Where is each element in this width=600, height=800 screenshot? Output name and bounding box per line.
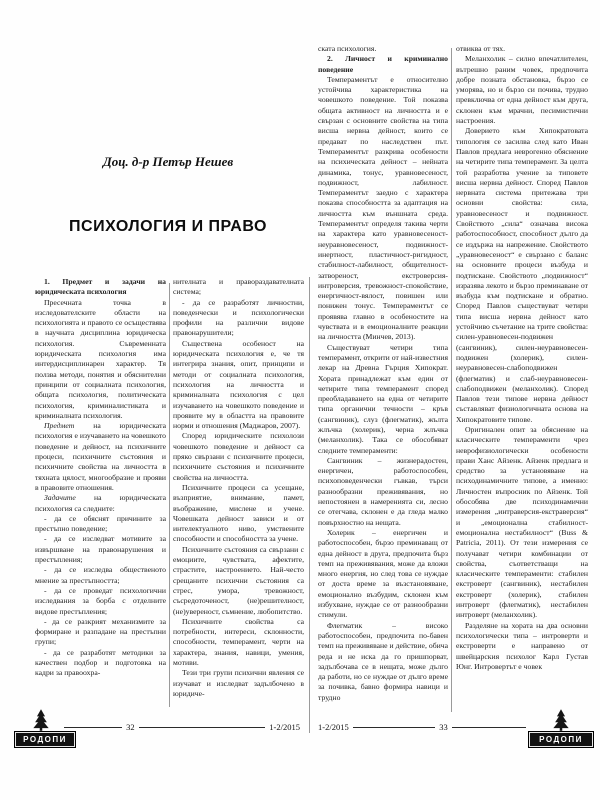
footer-rule: [452, 727, 526, 728]
paragraph: отвиква от тях.: [456, 44, 588, 54]
paragraph: Сангвиник – жизнерадостен, енергичен, ра…: [318, 456, 448, 528]
left-page-column-divider: [169, 283, 170, 707]
right-page-column-2: отвиква от тях. Меланхолик – силно впеча…: [456, 44, 588, 718]
journal-logo-right: РОДОПИ: [528, 731, 594, 748]
fir-tree-icon: [32, 709, 50, 731]
right-page-column-divider: [451, 48, 452, 712]
author-byline: Доц. д-р Петър Нешев: [30, 154, 306, 170]
right-page-column-1: ската психология. 2. Личност и криминалн…: [318, 44, 448, 718]
paragraph: Доверието към Хипократовата типология се…: [456, 126, 588, 425]
paragraph: Темпераментът е относително устойчива ха…: [318, 75, 448, 343]
paragraph: Съществуват четири типа темперамент, отк…: [318, 343, 448, 456]
page-gutter-divider: [309, 277, 310, 733]
paragraph: Съществена особеност на юридическата пси…: [173, 339, 304, 432]
section-heading-1: 1. Предмет и задачи на юридическата псих…: [35, 277, 166, 298]
paragraph: Психичните процеси са усещане, възприяти…: [173, 483, 304, 545]
article-title: ПСИХОЛОГИЯ И ПРАВО: [30, 218, 306, 236]
footer-rule: [353, 727, 436, 728]
paragraph: Холерик – енергичен и работоспособен, бъ…: [318, 528, 448, 621]
paragraph: Флегматик – високо работоспособен, предп…: [318, 621, 448, 703]
list-item: - да се изследват мотивите за извършване…: [35, 534, 166, 565]
journal-logo-text: РОДОПИ: [528, 731, 594, 748]
journal-logo-text: РОДОПИ: [14, 731, 76, 748]
paragraph: Психичните състояния са свързани с емоци…: [173, 545, 304, 617]
journal-logo-left: РОДОПИ: [14, 731, 76, 748]
paragraph: Тези три групи психични явления се изуча…: [173, 668, 304, 699]
issue-label-right: 1-2/2015: [314, 722, 353, 732]
list-item: - да се обяснят причините за престъпно п…: [35, 514, 166, 535]
section-heading-2: 2. Личност и криминално поведение: [318, 54, 448, 75]
left-page-footer: 32 1-2/2015: [64, 722, 304, 732]
paragraph: ската психология.: [318, 44, 448, 54]
issue-label-left: 1-2/2015: [265, 722, 304, 732]
list-item: - да се проведат психологични изследвани…: [35, 586, 166, 617]
left-page-column-2: нителната и правораздавателната система;…: [173, 277, 304, 713]
list-item: - да се изследва общественото мнение за …: [35, 565, 166, 586]
paragraph: Задачите на юридическата психология са с…: [35, 493, 166, 514]
page-number-left: 32: [122, 722, 139, 732]
fir-tree-icon: [552, 709, 570, 731]
paragraph: Психичните свойства са потребности, инте…: [173, 617, 304, 668]
paragraph: Според юридическите психолози човешкото …: [173, 431, 304, 482]
paragraph: Пресечната точка в изследователските обл…: [35, 298, 166, 422]
paragraph: нителната и правораздавателната система;: [173, 277, 304, 298]
paragraph: Разделяне на хората на два основни психо…: [456, 621, 588, 672]
paragraph-lead: Задачите: [44, 493, 76, 502]
list-item: - да се разработят личностни, поведенчес…: [173, 298, 304, 339]
list-item: - да се разкрият механизмите за формиран…: [35, 617, 166, 648]
paragraph: Меланхолик – силно впечатлителен, вътреш…: [456, 54, 588, 126]
footer-rule: [64, 727, 122, 728]
right-page-footer: 1-2/2015 33: [314, 722, 526, 732]
footer-rule: [139, 727, 266, 728]
left-page-column-1: 1. Предмет и задачи на юридическата псих…: [35, 277, 166, 713]
paragraph: Предмет на юридическата психология е изу…: [35, 421, 166, 493]
paragraph: Оригинален опит за обяснение на класичес…: [456, 425, 588, 621]
paragraph-lead: Предмет: [44, 421, 74, 430]
page-number-right: 33: [435, 722, 452, 732]
paragraph-text: на юридическата психология е изучаването…: [35, 421, 166, 492]
list-item: - да се разработят методики за качествен…: [35, 648, 166, 679]
